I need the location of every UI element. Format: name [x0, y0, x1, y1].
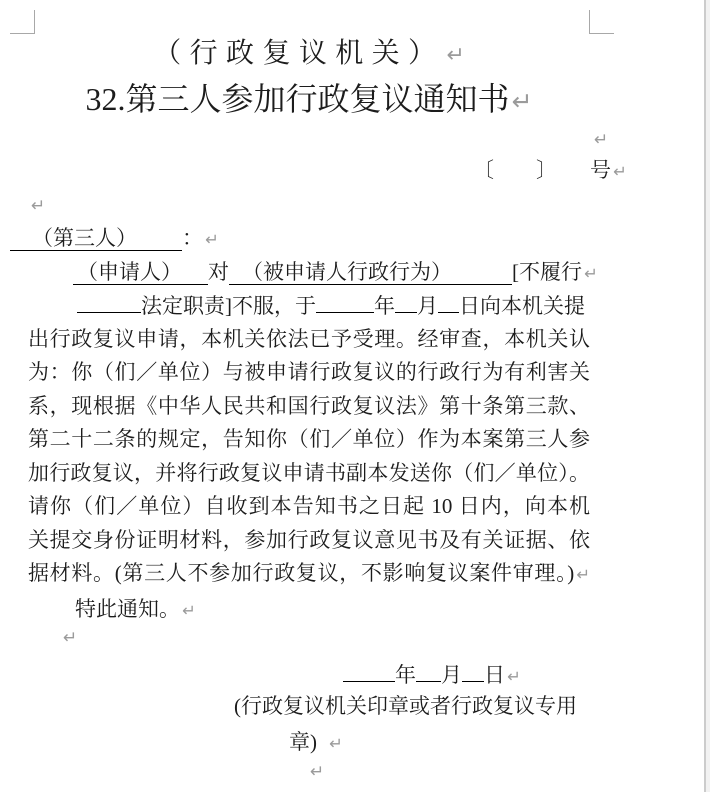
date-day-label: 日 — [484, 663, 505, 687]
paragraph-mark-icon: ↵ — [584, 264, 598, 283]
page-title: 32.第三人参加行政复议通知书 — [86, 81, 510, 117]
blank-underline — [438, 310, 459, 313]
closing-line: 特此通知。↵ — [75, 595, 196, 625]
body-line-last: 据材料。(第三人不参加行政复议，不影响复议案件审理。)↵ — [28, 559, 590, 589]
paragraph-mark-icon: ↵ — [512, 87, 533, 116]
blank-underline — [462, 679, 484, 682]
page-edge-outside — [706, 0, 710, 792]
salutation-line: （第三人）：↵ — [10, 224, 219, 254]
date-year-label: 年 — [395, 663, 416, 687]
doc-number-line: 〔〕号↵ — [473, 156, 627, 186]
paragraph-mark-icon: ↵ — [182, 601, 196, 620]
body-line: 关提交身份证明材料，参加行政复议意见书及有关证据、依 — [28, 526, 590, 554]
body-line: 系，现根据《中华人民共和国行政复议法》第十条第三款、 — [28, 392, 590, 420]
body-line-text: 据材料。(第三人不参加行政复议，不影响复议案件审理。) — [28, 561, 574, 585]
paragraph-mark-icon: ↵ — [205, 230, 219, 249]
applicant-label: （申请人） — [77, 260, 182, 284]
respondent-act-label: （被申请人行政行为） — [242, 260, 452, 284]
opening-line-2: 法定职责]不服，于年月日向本机关提 — [77, 292, 585, 320]
seal-note-line-2-text: 章) — [289, 730, 317, 754]
applicant-underlined-run: （申请人） — [73, 260, 208, 285]
paragraph-mark-icon: ↵ — [329, 734, 343, 753]
body-line: 第二十二条的规定，告知你（们／单位）作为本案第三人参 — [28, 425, 590, 453]
body-line: 为：你（们／单位）与被申请行政复议的行政行为有利害关 — [28, 358, 590, 386]
versus-text: 对 — [208, 260, 229, 284]
blank-underline — [343, 679, 395, 682]
paragraph-mark-icon: ↵ — [594, 130, 608, 150]
seal-note-line-1: (行政复议机关印章或者行政复议专用 — [234, 692, 577, 720]
paragraph-mark-icon: ↵ — [576, 565, 590, 584]
month-label: 月 — [417, 294, 438, 318]
date-line: 年月日↵ — [343, 661, 521, 691]
doc-number-suffix: 号 — [590, 158, 611, 182]
paragraph-mark-icon: ↵ — [310, 762, 324, 782]
blank-underline — [77, 310, 141, 313]
doc-number-close-bracket: 〕 — [536, 158, 557, 182]
third-party-underlined-run: （第三人） — [10, 226, 182, 251]
seal-note-line-2: 章)↵ — [289, 728, 343, 758]
duty-clause-text: 法定职责]不服，于 — [141, 294, 316, 318]
margin-crop-mark-top-left — [10, 10, 35, 34]
body-line: 加行政复议，并将行政复议申请书副本发送你（们／单位）。 — [28, 459, 590, 487]
paragraph-mark-icon: ↵ — [63, 628, 77, 648]
respondent-act-underlined-run: （被申请人行政行为） — [229, 260, 512, 285]
not-perform-open-text: [不履行 — [512, 260, 582, 284]
doc-number-open-bracket: 〔 — [473, 158, 494, 182]
org-placeholder-line: （行政复议机关）↵ — [28, 34, 590, 76]
org-placeholder-text: （行政复议机关） — [153, 38, 444, 69]
blank-underline — [416, 679, 441, 682]
year-label: 年 — [374, 294, 395, 318]
day-clause-text: 日向本机关提 — [459, 294, 585, 318]
third-party-label: （第三人） — [32, 226, 137, 250]
salutation-colon: ： — [182, 226, 203, 250]
blank-underline — [316, 310, 374, 313]
closing-text: 特此通知。 — [75, 597, 180, 621]
paragraph-mark-icon: ↵ — [613, 162, 627, 181]
date-month-label: 月 — [441, 663, 462, 687]
opening-line-1: （申请人）对（被申请人行政行为）[不履行↵ — [73, 258, 598, 288]
body-line: 请你（们／单位）自收到本告知书之日起 10 日内，向本机 — [28, 492, 590, 520]
blank-underline — [395, 310, 417, 313]
paragraph-mark-icon: ↵ — [507, 667, 521, 686]
margin-crop-mark-top-right — [589, 10, 614, 34]
document-page: （行政复议机关）↵ 32.第三人参加行政复议通知书↵ ↵ 〔〕号↵ ↵ （第三人… — [0, 0, 710, 792]
page-title-line: 32.第三人参加行政复议通知书↵ — [28, 78, 590, 123]
paragraph-mark-icon: ↵ — [446, 43, 464, 68]
paragraph-mark-icon: ↵ — [31, 196, 45, 216]
body-line: 出行政复议申请，本机关依法已予受理。经审查，本机关认 — [28, 325, 590, 353]
